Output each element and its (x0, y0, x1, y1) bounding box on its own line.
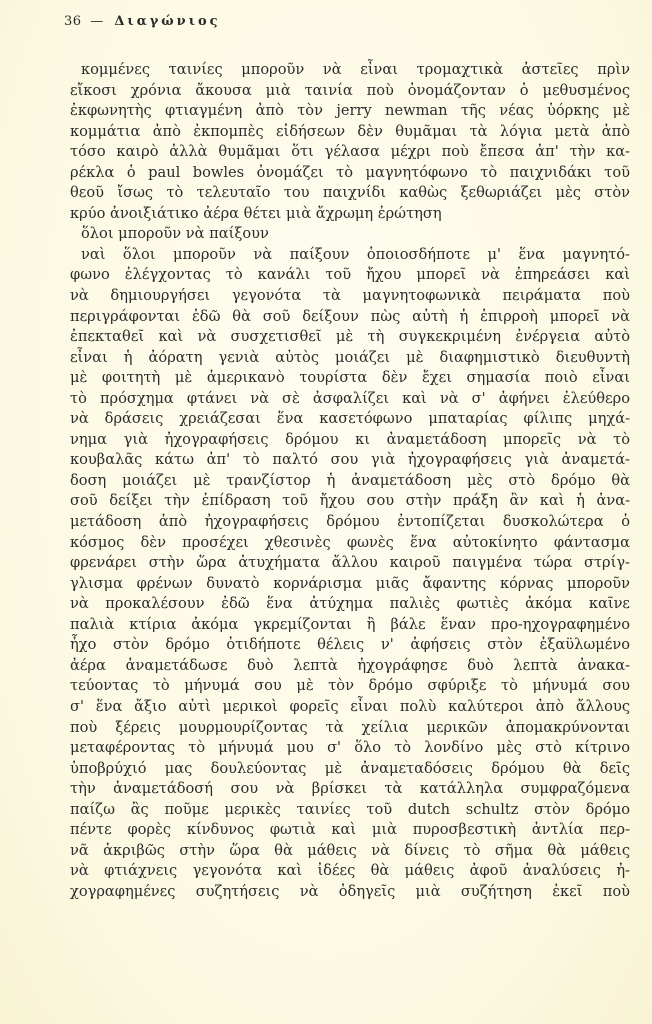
text-line: εἴκοσι χρόνια ἄκουσα μιὰ ταινία ποὺ ὀνομ… (70, 81, 630, 102)
text-line: ναὶ ὅλοι μποροῦν νὰ παίξουν ὁποιοσδήποτε… (70, 245, 630, 266)
text-line: θεοῦ ἴσως τὸ τελευταῖο του παιχνίδι καθὼ… (70, 183, 630, 204)
text-line: δοση μοιάζει μὲ τρανζίστορ ἡ ἀναμετάδοση… (70, 471, 630, 492)
text-line: νᾶ ἀκριβῶς στὴν ὥρα θὰ μάθεις νὰ δίνεις … (70, 841, 630, 862)
text-line: νὰ φτιάχνεις γεγονότα καὶ ἰδέες θὰ μάθει… (70, 861, 630, 882)
page-number: 36 (64, 14, 82, 29)
text-line: ἐπεκταθεῖ καὶ νὰ συσχετισθεῖ μὲ τὴ συγκε… (70, 327, 630, 348)
text-line: κομμάτια ἀπὸ ἐκπομπὲς εἰδήσεων δὲν θυμᾶμ… (70, 122, 630, 143)
header-dash: — (90, 14, 104, 29)
text-line: παλιὰ κτίρια ἀκόμα γκρεμίζονται ἢ βάλε ἕ… (70, 615, 630, 636)
text-line: νὰ δράσεις χρειάζεσαι ἕνα κασετόφωνο μπα… (70, 409, 630, 430)
text-line: σ' ἕνα ἄξιο αὐτὶ μερικοὶ φορεῖς εἶναι πο… (70, 697, 630, 718)
text-line: νὰ δημιουργήσει γεγονότα τὰ μαγνητοφωνικ… (70, 286, 630, 307)
text-line: ρέκλα ὁ paul bowles ὀνομάζει τὸ μαγνητόφ… (70, 163, 630, 184)
text-line: παίζω ἂς ποῦμε μερικὲς ταινίες τοῦ dutch… (70, 800, 630, 821)
text-line: κομμένες ταινίες μποροῦν νὰ εἶναι τρομαχ… (70, 60, 630, 81)
text-line: τεύοντας τὸ μήνυμά σου μὲ τὸν δρόμο σφύρ… (70, 676, 630, 697)
text-line: τόσο καιρὸ ἀλλὰ θυμᾶμαι ὅτι γέλασα μέχρι… (70, 142, 630, 163)
text-line: μετάδοση ἀπὸ ἠχογραφήσεις δρόμου ἐντοπίζ… (70, 512, 630, 533)
text-line: γλισμα φρένων δυνατὸ κορνάρισμα μιᾶς ἄφα… (70, 574, 630, 595)
text-line: κρύο ἀνοιξιάτικο ἀέρα θέτει μιὰ ἄχρωμη ἐ… (70, 204, 630, 225)
text-line: ἐκφωνητὴς φτιαγμένη ἀπὸ τὸν jerry newman… (70, 101, 630, 122)
text-line: ἦχο στὸν δρόμο ὁτιδήποτε θέλεις ν' ἀφήσε… (70, 635, 630, 656)
text-line: νὰ προκαλέσουν ἐδῶ ἕνα ἀτύχημα παλιὲς φω… (70, 594, 630, 615)
text-line: νημα γιὰ ἠχογραφήσεις δρόμου κι ἀναμετάδ… (70, 430, 630, 451)
text-line: κουβαλᾶς κάτω ἀπ' τὸ παλτό σου γιὰ ἠχογρ… (70, 450, 630, 471)
text-line: χογραφημένες συζητήσεις νὰ ὁδηγεῖς μιὰ σ… (70, 882, 630, 903)
text-line: ἀέρα ἀναμετάδωσε δυὸ λεπτὰ ἠχογράφησε δυ… (70, 656, 630, 677)
text-line: κόσμος δὲν προσέχει χθεσινὲς φωνὲς ἕνα α… (70, 533, 630, 554)
text-line: τὴν ἀναμετάδοσή σου νὰ βρίσκει τὰ κατάλλ… (70, 779, 630, 800)
text-line: φωνο ἐλέγχοντας τὸ κανάλι τοῦ ἤχου μπορε… (70, 265, 630, 286)
text-line: ποὺ ξέρεις μουρμουρίζοντας τὰ χείλια μερ… (70, 718, 630, 739)
running-title: Διαγώνιος (114, 14, 220, 29)
text-line: τὸ πρόσχημα φτάνει νὰ σὲ ἀσφαλίζει καὶ ν… (70, 389, 630, 410)
text-line: περιγράφονται ἐδῶ θὰ σοῦ δείξουν πὼς αὐτ… (70, 307, 630, 328)
text-line: ὑποβρύχιό μας δουλεύοντας μὲ ἀναμεταδόσε… (70, 759, 630, 780)
text-line: σοῦ δείξει τὴν ἐπίδραση τοῦ ἤχου σου στὴ… (70, 491, 630, 512)
text-line: φρενάρει στὴν ὥρα ἀτυχήματα ἄλλου καιροῦ… (70, 553, 630, 574)
body-text: κομμένες ταινίες μποροῦν νὰ εἶναι τρομαχ… (70, 60, 630, 902)
text-line: εἶναι ἡ ἀόρατη γενιὰ αὐτὸς μοιάζει μὲ δι… (70, 348, 630, 369)
text-line: μεταφέροντας τὸ μήνυμά μου σ' ὅλο τὸ λον… (70, 738, 630, 759)
text-line: ὅλοι μποροῦν νὰ παίξουν (70, 224, 630, 245)
text-line: πέντε φορὲς κίνδυνος φωτιὰ καὶ μιὰ πυροσ… (70, 820, 630, 841)
text-line: μὲ φοιτητὴ μὲ ἀμερικανὸ τουρίστα δὲν ἔχε… (70, 368, 630, 389)
book-page: 36 — Διαγώνιος κομμένες ταινίες μποροῦν … (0, 0, 652, 1024)
running-head: 36 — Διαγώνιος (64, 14, 221, 29)
